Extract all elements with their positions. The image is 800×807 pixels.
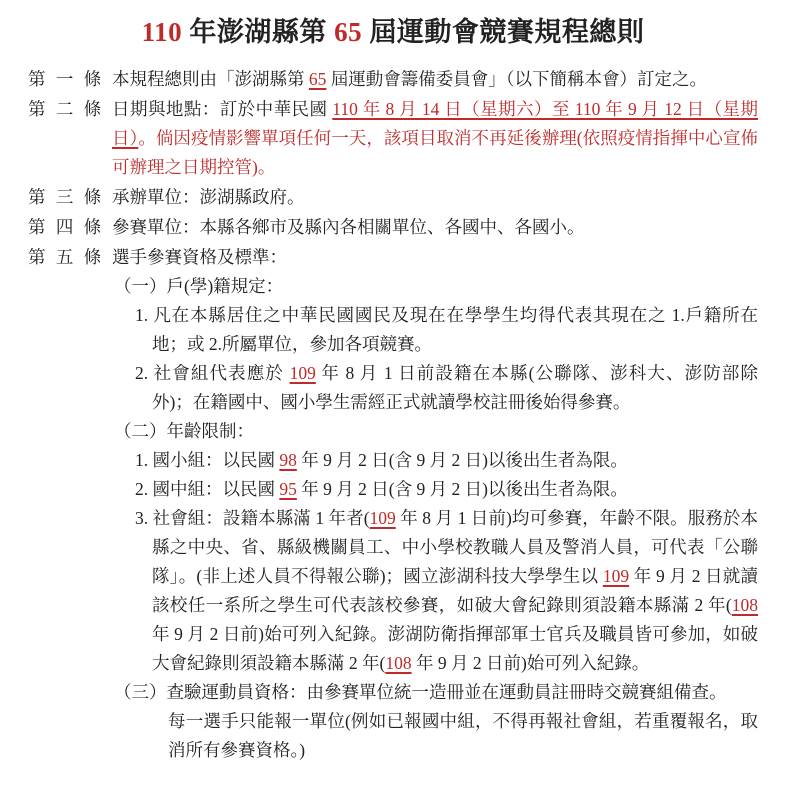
article-row: 第 二 條日期與地點：訂於中華民國 110 年 8 月 14 日（星期六）至 1…: [28, 95, 758, 182]
article-row: 第 四 條參賽單位：本縣各鄉市及縣內各相關單位、各國中、各國小。: [28, 213, 758, 242]
red-underlined-text: 95: [279, 479, 297, 499]
text-segment: 日期與地點：訂於中華民國: [112, 99, 332, 119]
red-underlined-text: 65: [309, 69, 327, 89]
paragraph-body: 選手參賽資格及標準：: [112, 243, 758, 272]
paragraph-item: （一）戶(學)籍規定：: [114, 272, 758, 301]
red-text: 65: [334, 17, 362, 47]
paragraph-num: 2. 社會組代表應於 109 年 8 月 1 日前設籍在本縣(公聯隊、澎科大、澎…: [112, 359, 758, 417]
paragraph-num: 3. 社會組：設籍本縣滿 1 年者(109 年 8 月 1 日前)均可參賽，年齡…: [112, 504, 758, 678]
text-segment: 2. 國中組：以民國: [135, 479, 279, 499]
text-segment: 2. 社會組代表應於: [135, 363, 290, 383]
text-segment: （二）年齡限制：: [114, 421, 254, 441]
red-text: 110: [142, 17, 183, 47]
text-segment: 年 9 月 2 日(含 9 月 2 日)以後出生者為限。: [297, 450, 628, 470]
text-segment: 年澎湖縣第: [182, 17, 334, 47]
red-text: 。倘因疫情影響單項任何一天，該項目取消不再延後辦理(依照疫情指揮中心宣佈可辦理之…: [112, 128, 758, 177]
article-content: 承辦單位：澎湖縣政府。: [112, 183, 758, 212]
articles-container: 第 一 條本規程總則由「澎湖縣第 65 屆運動會籌備委員會」（以下簡稱本會）訂定…: [28, 65, 758, 765]
text-segment: （一）戶(學)籍規定：: [114, 276, 283, 296]
text-segment: 年 9 月 2 日(含 9 月 2 日)以後出生者為限。: [297, 479, 628, 499]
article-label: 第 四 條: [28, 213, 112, 242]
red-underlined-text: 109: [290, 363, 316, 383]
article-row: 第 三 條承辦單位：澎湖縣政府。: [28, 183, 758, 212]
article-label: 第 五 條: [28, 243, 112, 272]
red-underlined-text: 108: [732, 595, 758, 615]
text-segment: 本規程總則由「澎湖縣第: [112, 69, 309, 89]
article-row: 第 一 條本規程總則由「澎湖縣第 65 屆運動會籌備委員會」（以下簡稱本會）訂定…: [28, 65, 758, 94]
article-row: 第 五 條選手參賽資格及標準：（一）戶(學)籍規定：1. 凡在本縣居住之中華民國…: [28, 243, 758, 765]
article-label: 第 二 條: [28, 95, 112, 124]
red-underlined-text: 98: [279, 450, 297, 470]
paragraph-body: 本規程總則由「澎湖縣第 65 屆運動會籌備委員會」（以下簡稱本會）訂定之。: [112, 65, 758, 94]
text-segment: 屆運動會競賽規程總則: [362, 17, 644, 47]
article-content: 日期與地點：訂於中華民國 110 年 8 月 14 日（星期六）至 110 年 …: [112, 95, 758, 182]
text-segment: 3. 社會組：設籍本縣滿 1 年者(: [135, 508, 370, 528]
text-segment: 承辦單位：澎湖縣政府。: [112, 187, 305, 207]
paragraph-itemcont: 每一選手只能報一單位(例如已報國中組，不得再報社會組，若重覆報名，取消所有參賽資…: [168, 707, 758, 765]
paragraph-body: 日期與地點：訂於中華民國 110 年 8 月 14 日（星期六）至 110 年 …: [112, 95, 758, 182]
paragraph-body: 參賽單位：本縣各鄉市及縣內各相關單位、各國中、各國小。: [112, 213, 758, 242]
paragraph-body: 承辦單位：澎湖縣政府。: [112, 183, 758, 212]
text-segment: 1. 凡在本縣居住之中華民國國民及現在在學學生均得代表其現在之 1.戶籍所在地；…: [135, 305, 758, 354]
document-page: 110 年澎湖縣第 65 屆運動會競賽規程總則 第 一 條本規程總則由「澎湖縣第…: [0, 0, 800, 765]
article-content: 本規程總則由「澎湖縣第 65 屆運動會籌備委員會」（以下簡稱本會）訂定之。: [112, 65, 758, 94]
text-segment: 1. 國小組：以民國: [135, 450, 279, 470]
paragraph-item: （二）年齡限制：: [114, 417, 758, 446]
paragraph-num: 1. 凡在本縣居住之中華民國國民及現在在學學生均得代表其現在之 1.戶籍所在地；…: [112, 301, 758, 359]
red-underlined-text: 108: [385, 653, 411, 673]
paragraph-num: 2. 國中組：以民國 95 年 9 月 2 日(含 9 月 2 日)以後出生者為…: [112, 475, 758, 504]
text-segment: 年 9 月 2 日前)始可列入紀錄。: [412, 653, 650, 673]
document-title: 110 年澎湖縣第 65 屆運動會競賽規程總則: [28, 12, 758, 52]
red-underlined-text: 109: [603, 566, 629, 586]
article-content: 選手參賽資格及標準：（一）戶(學)籍規定：1. 凡在本縣居住之中華民國國民及現在…: [112, 243, 758, 765]
text-segment: 參賽單位：本縣各鄉市及縣內各相關單位、各國中、各國小。: [112, 217, 585, 237]
red-underlined-text: 109: [370, 508, 396, 528]
text-segment: 屆運動會籌備委員會」（以下簡稱本會）訂定之。: [326, 69, 707, 89]
article-label: 第 一 條: [28, 65, 112, 94]
text-segment: 選手參賽資格及標準：: [112, 247, 287, 267]
paragraph-item: （三）查驗運動員資格：由參賽單位統一造冊並在運動員註冊時交競賽組備查。: [114, 678, 758, 707]
paragraph-num: 1. 國小組：以民國 98 年 9 月 2 日(含 9 月 2 日)以後出生者為…: [112, 446, 758, 475]
text-segment: 每一選手只能報一單位(例如已報國中組，不得再報社會組，若重覆報名，取消所有參賽資…: [168, 711, 758, 760]
article-content: 參賽單位：本縣各鄉市及縣內各相關單位、各國中、各國小。: [112, 213, 758, 242]
article-label: 第 三 條: [28, 183, 112, 212]
text-segment: （三）查驗運動員資格：由參賽單位統一造冊並在運動員註冊時交競賽組備查。: [114, 682, 727, 702]
